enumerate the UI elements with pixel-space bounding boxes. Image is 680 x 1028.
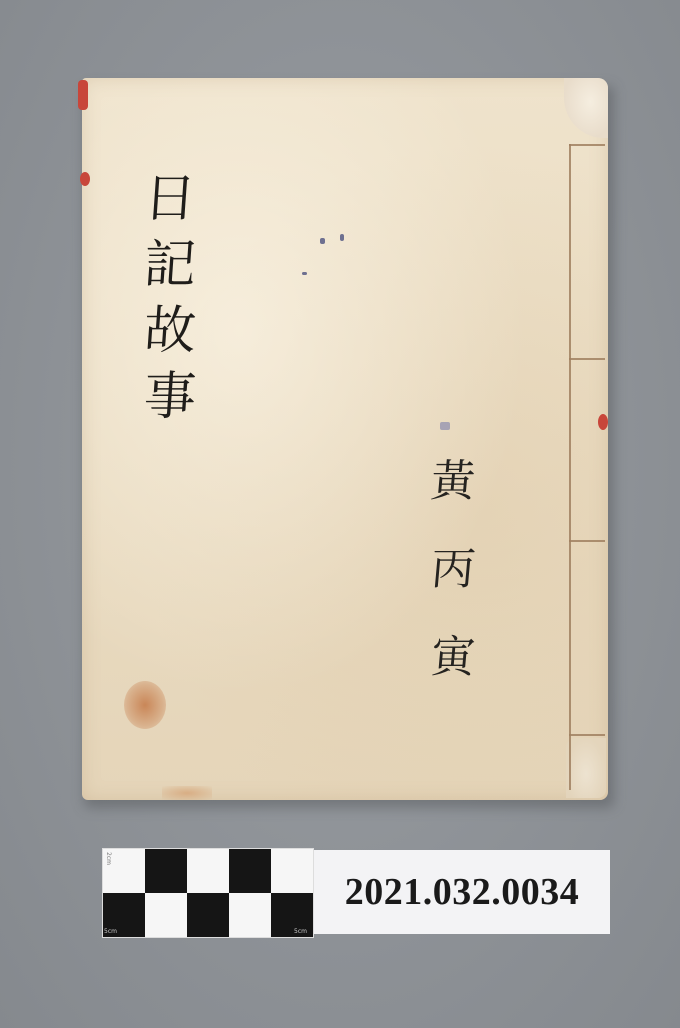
author-char: 丙 [427, 526, 479, 614]
red-seal-mark [80, 172, 90, 186]
torn-corner-bottom [566, 738, 606, 798]
ink-speck [440, 422, 450, 430]
scale-bar [102, 848, 314, 938]
author-name: 黃 丙 寅 [418, 438, 488, 702]
scale-square-black [229, 849, 271, 893]
title-char: 記 [142, 232, 199, 298]
scale-label-top: 2cm [105, 852, 112, 865]
author-char: 寅 [427, 614, 479, 702]
red-seal-mark [78, 80, 88, 110]
scale-square-black [145, 849, 187, 893]
cover-title: 日 記 故 事 [130, 166, 210, 430]
book-cover: 日 記 故 事 黃 丙 寅 [82, 78, 608, 800]
scale-square-white [229, 893, 271, 937]
scale-label-left: 5cm [104, 928, 117, 935]
red-seal-mark [598, 414, 608, 430]
binding-stitch [569, 540, 605, 542]
author-char: 黃 [427, 438, 479, 526]
scale-label-right: 5cm [294, 928, 307, 935]
brown-stain [124, 681, 166, 729]
accession-number-label: 2021.032.0034 [314, 850, 610, 934]
title-char: 日 [142, 166, 199, 232]
binding-stitch [569, 734, 605, 736]
edge-stain [162, 786, 212, 800]
torn-corner-top [564, 78, 608, 138]
title-char: 故 [142, 298, 199, 364]
spine-binding-line [569, 144, 571, 790]
binding-stitch [569, 358, 605, 360]
binding-stitch [569, 144, 605, 146]
scale-square-white [187, 849, 229, 893]
ink-speck [320, 238, 325, 244]
scale-square-white [145, 893, 187, 937]
title-char: 事 [142, 364, 199, 430]
scale-square-white [271, 849, 313, 893]
ink-speck [302, 272, 307, 275]
scale-square-black [187, 893, 229, 937]
ink-speck [340, 234, 344, 241]
